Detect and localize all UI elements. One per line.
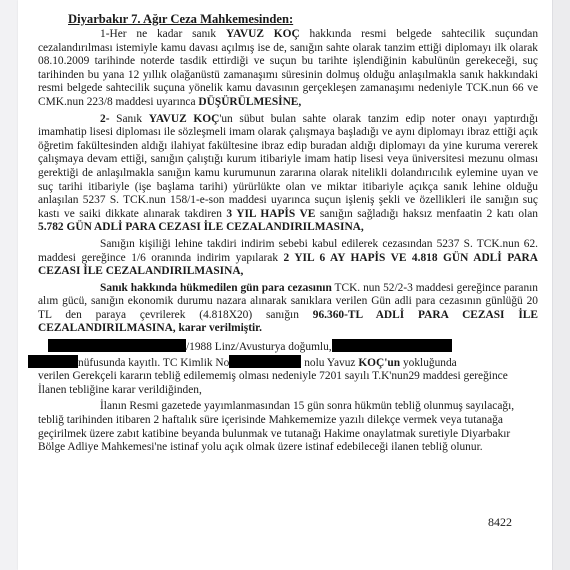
redaction-bar bbox=[332, 339, 452, 352]
item-number: 2- bbox=[100, 113, 110, 125]
paragraph-conviction: 2- Sanık YAVUZ KOÇ'un sübut bulan sahte … bbox=[38, 113, 538, 235]
notice-line-2: nüfusunda kayıtlı. TC Kimlik No nolu Yav… bbox=[28, 355, 538, 371]
emphasis-text: Sanık hakkında hükmedilen gün para cezas… bbox=[100, 282, 332, 294]
redaction-bar bbox=[28, 355, 78, 368]
text: 1-Her ne kadar sanık bbox=[100, 28, 226, 40]
text: /1988 Linz/Avusturya doğumlu, bbox=[186, 341, 332, 353]
scrollbar-track[interactable] bbox=[552, 0, 570, 570]
notice-line-1: /1988 Linz/Avusturya doğumlu, bbox=[38, 339, 538, 355]
paragraph-reduction: Sanığın kişiliği lehine takdiri indirim … bbox=[38, 238, 538, 279]
text: sübut bulan sahte olarak tanzim edip not… bbox=[38, 113, 538, 220]
redaction-bar bbox=[48, 339, 186, 352]
text: 'un bbox=[219, 113, 232, 125]
paragraph-fine-conversion: Sanık hakkında hükmedilen gün para cezas… bbox=[38, 282, 538, 336]
sentence-text: 3 YIL HAPİS VE bbox=[226, 208, 315, 220]
document-title: Diyarbakır 7. Ağır Ceza Mahkemesinden: bbox=[68, 12, 538, 27]
text: sanığın sağladığı haksız menfaatin 2 kat… bbox=[315, 208, 538, 220]
paragraph-dismissal: 1-Her ne kadar sanık YAVUZ KOÇ hakkında … bbox=[38, 28, 538, 110]
notice-line-3: verilen Gerekçeli kararın tebliğ edileme… bbox=[38, 370, 538, 397]
text: yokluğunda bbox=[400, 357, 457, 369]
text: nolu Yavuz bbox=[301, 357, 358, 369]
defendant-name: YAVUZ KOÇ bbox=[149, 113, 220, 125]
document-content: Diyarbakır 7. Ağır Ceza Mahkemesinden: 1… bbox=[38, 12, 538, 455]
text: nüfusunda kayıtlı. TC Kimlik No bbox=[78, 357, 229, 369]
verdict-text: DÜŞÜRÜLMESİNE, bbox=[198, 96, 301, 108]
document-page: Diyarbakır 7. Ağır Ceza Mahkemesinden: 1… bbox=[18, 0, 553, 570]
paragraph-appeal: İlanın Resmi gazetede yayımlanmasından 1… bbox=[38, 400, 538, 454]
sentence-text: 5.782 GÜN ADLİ PARA CEZASI İLE CEZALANDI… bbox=[38, 221, 364, 233]
notice-block: /1988 Linz/Avusturya doğumlu, nüfusunda … bbox=[38, 339, 538, 397]
reference-number: 8422 bbox=[488, 515, 512, 530]
redaction-bar bbox=[229, 355, 301, 368]
text: Sanık bbox=[110, 113, 149, 125]
defendant-name: YAVUZ KOÇ bbox=[226, 28, 300, 40]
defendant-name: KOÇ'un bbox=[358, 357, 400, 369]
